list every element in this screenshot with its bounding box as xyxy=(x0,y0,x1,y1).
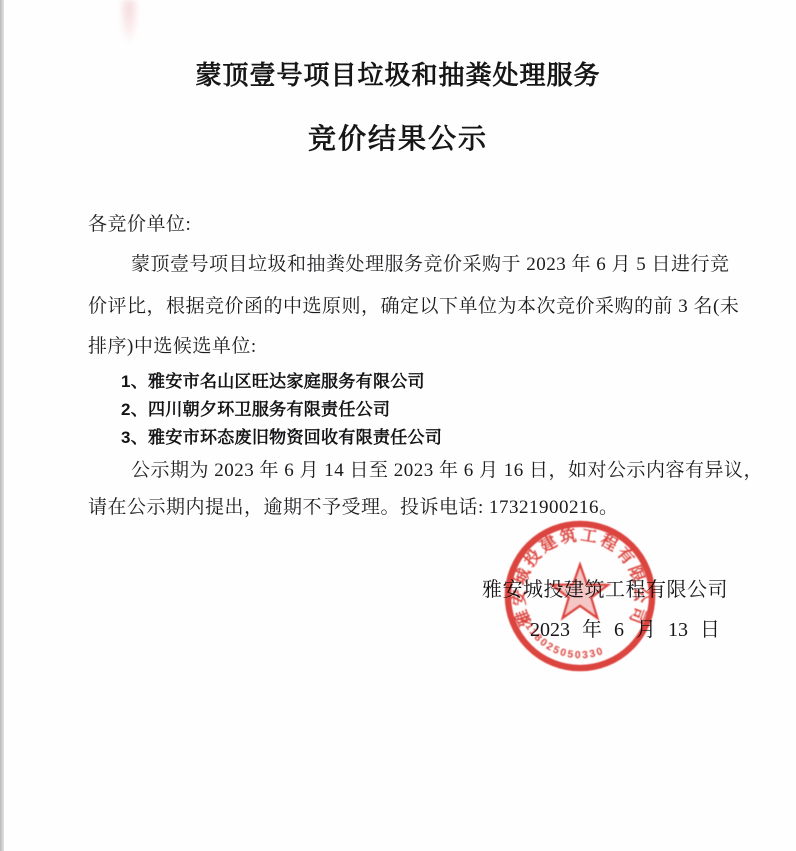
paragraph1-line1: 蒙顶壹号项目垃圾和抽粪处理服务竞价采购于 2023 年 6 月 5 日进行竞 xyxy=(131,253,730,277)
document-title-line2: 竞价结果公示 xyxy=(0,122,796,157)
paragraph2-line1: 公示期为 2023 年 6 月 14 日至 2023 年 6 月 16 日，如对… xyxy=(131,459,763,483)
salutation: 各竞价单位: xyxy=(88,213,191,237)
scan-smudge xyxy=(118,0,140,46)
document-page: 蒙顶壹号项目垃圾和抽粪处理服务 竞价结果公示 各竞价单位: 蒙顶壹号项目垃圾和抽… xyxy=(0,0,796,851)
document-title-line1: 蒙顶壹号项目垃圾和抽粪处理服务 xyxy=(0,60,796,93)
paragraph1-line3: 排序)中选候选单位: xyxy=(88,335,257,359)
paragraph1-line2: 价评比，根据竞价函的中选原则，确定以下单位为本次竞价采购的前 3 名(未 xyxy=(88,295,739,319)
candidate-list-item: 3、雅安市环态废旧物资回收有限责任公司 xyxy=(121,427,442,448)
svg-text:5118025050330: 5118025050330 xyxy=(519,615,606,661)
candidate-list-item: 2、四川朝夕环卫服务有限责任公司 xyxy=(121,399,390,420)
candidate-list-item: 1、雅安市名山区旺达家庭服务有限公司 xyxy=(121,371,425,392)
stamp-serial-number: 5118025050330 xyxy=(519,615,606,661)
company-seal-stamp: 雅安城投建筑工程有限公司 5118025050330 xyxy=(501,517,659,675)
star-icon xyxy=(552,564,608,618)
